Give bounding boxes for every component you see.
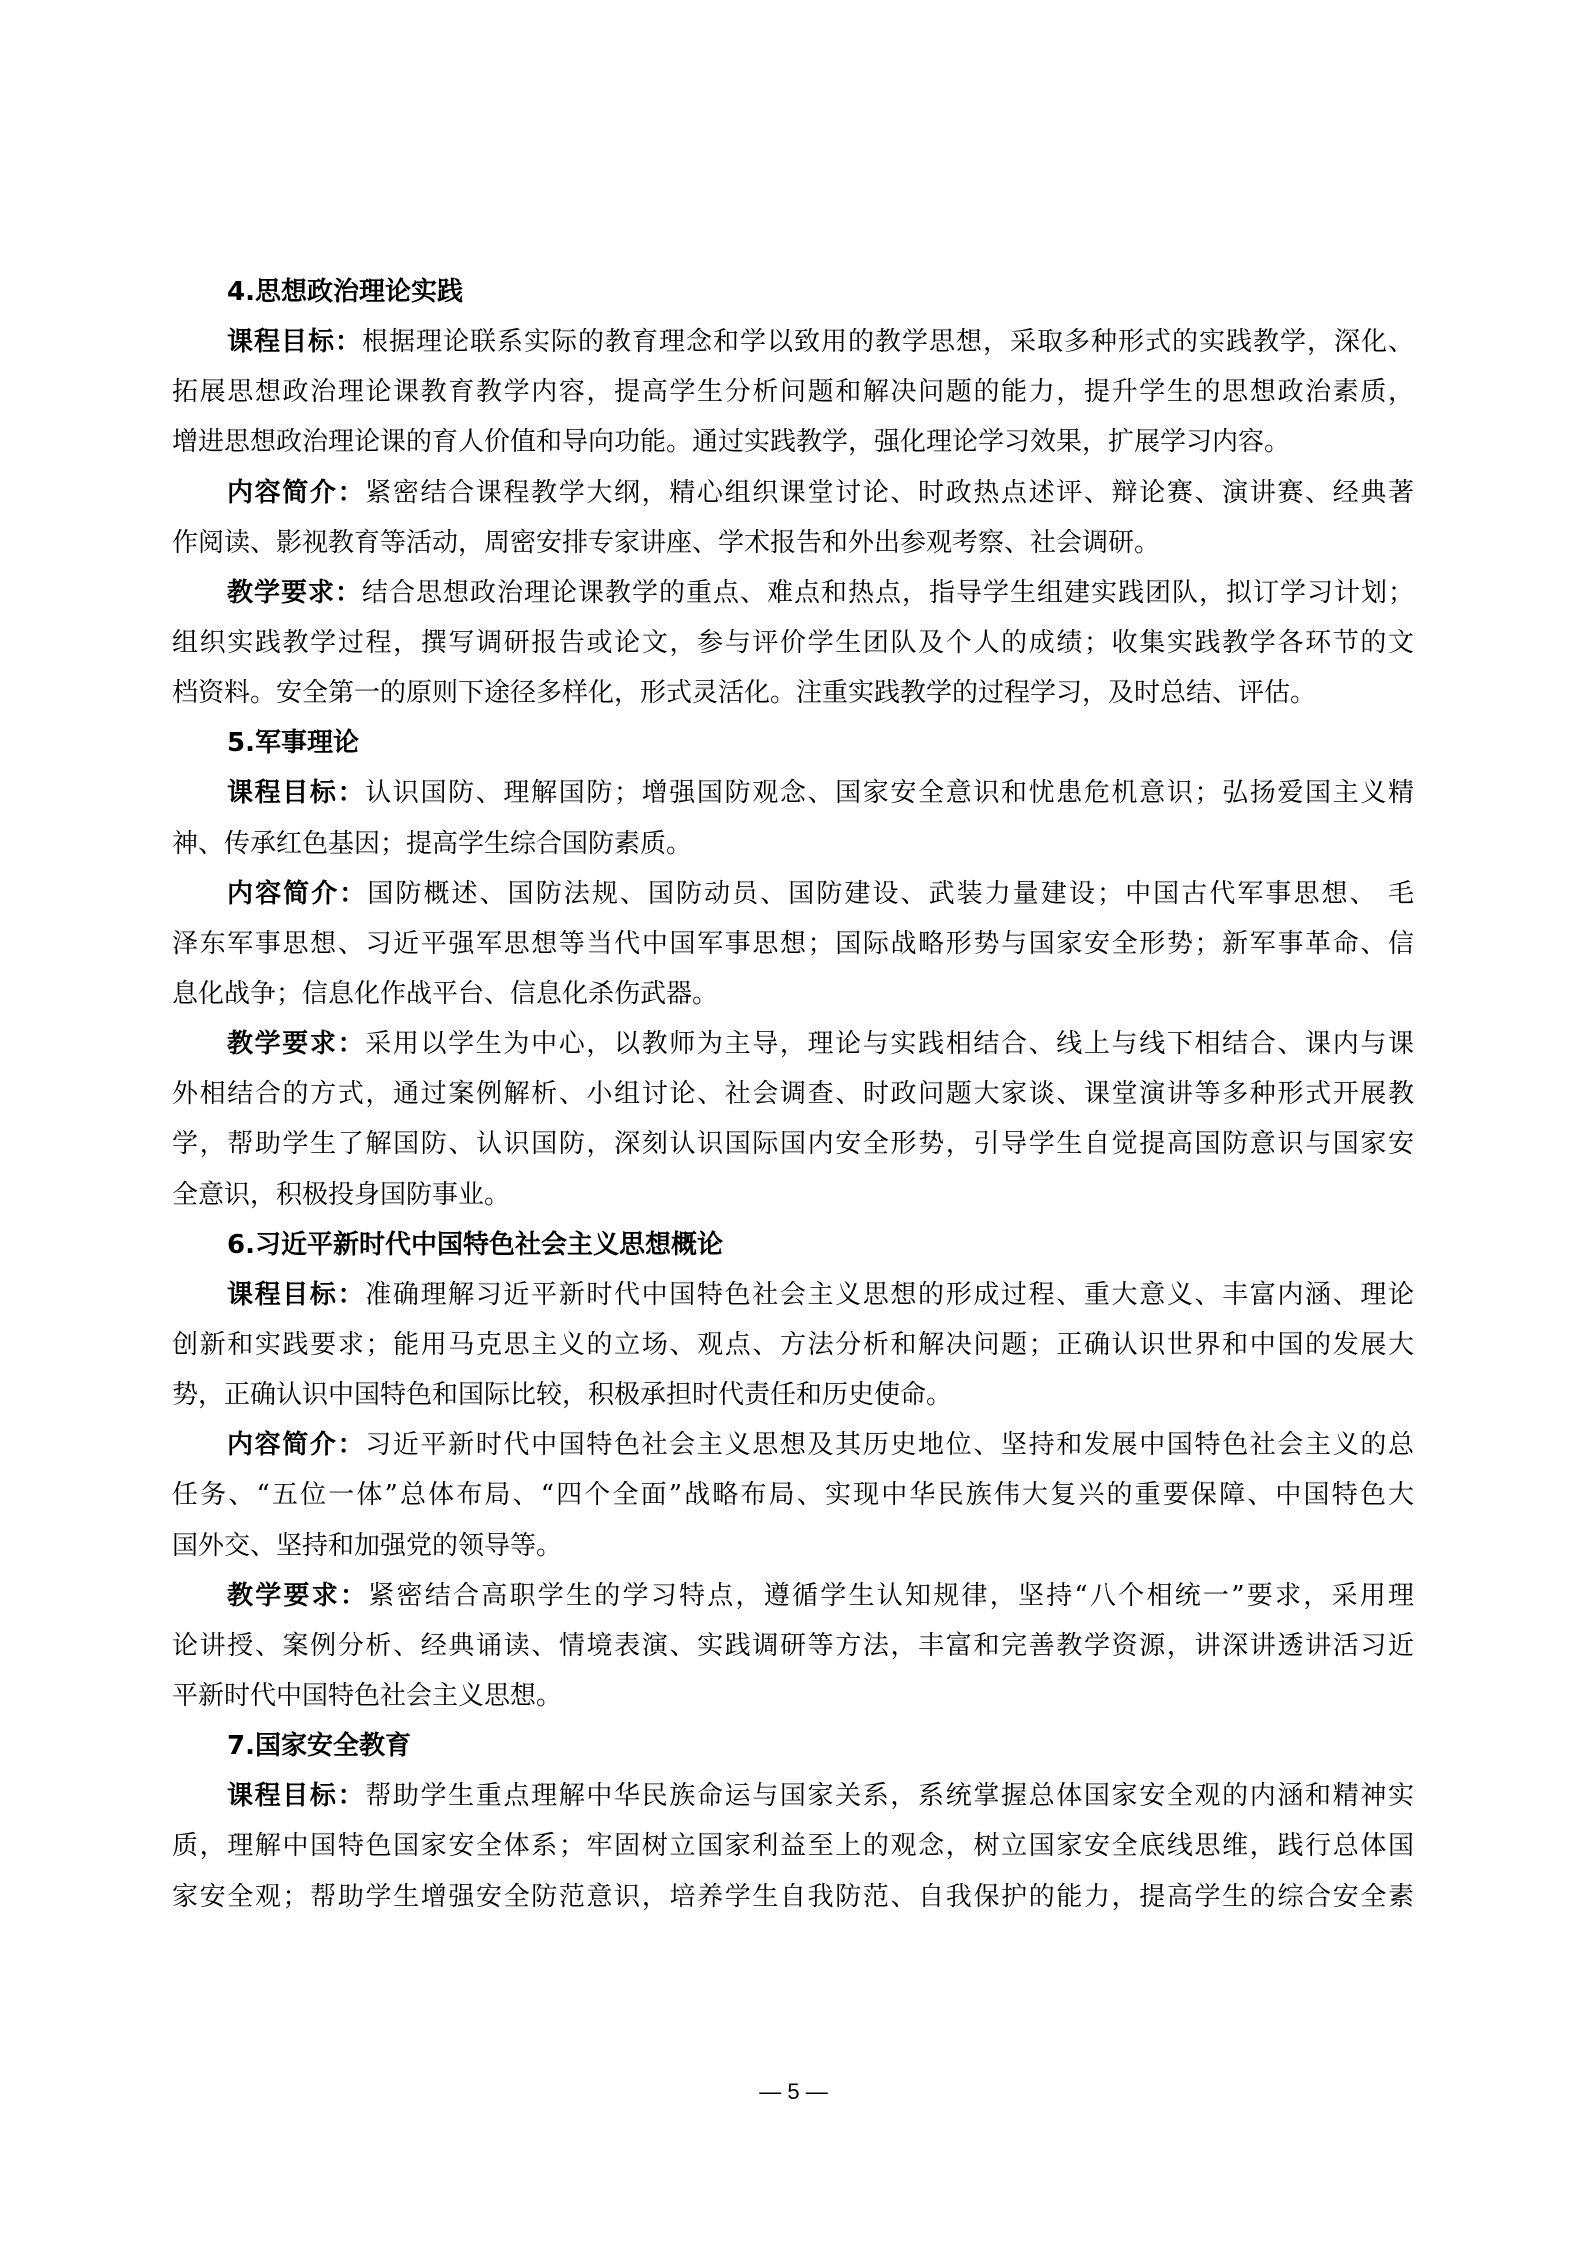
paragraph-text: 准确理解习近平新时代中国特色社会主义思想的形成过程、重大意义、丰富内涵、理论 [365, 1280, 1414, 1310]
page-content: 4.思想政治理论实践 课程目标：根据理论联系实际的教育理念和学以致用的教学思想，… [172, 267, 1414, 1922]
section-heading: 5.军事理论 [172, 718, 1414, 768]
paragraph-text: 质，理解中国特色国家安全体系；牢固树立国家利益至上的观念，树立国家安全底线思维，… [172, 1821, 1414, 1871]
section-ideological-practice: 4.思想政治理论实践 课程目标：根据理论联系实际的教育理念和学以致用的教学思想，… [172, 267, 1414, 718]
paragraph-label: 内容简介： [227, 879, 367, 909]
paragraph-text: 帮助学生重点理解中华民族命运与国家关系，系统掌握总体国家安全观的内涵和精神实 [365, 1781, 1414, 1811]
paragraph-content-intro: 内容简介：国防概述、国防法规、国防动员、国防建设、武装力量建设；中国古代军事思想… [172, 869, 1414, 1019]
paragraph-text: 国防概述、国防法规、国防动员、国防建设、武装力量建设；中国古代军事思想、 毛 [367, 879, 1414, 909]
paragraph-text: 根据理论联系实际的教育理念和学以致用的教学思想，采取多种形式的实践教学，深化、 [362, 327, 1414, 357]
section-heading: 4.思想政治理论实践 [172, 267, 1414, 317]
paragraph-text: 作阅读、影视教育等活动，周密安排专家讲座、学术报告和外出参观考察、社会调研。 [172, 518, 1414, 568]
paragraph-text: 论讲授、案例分析、经典诵读、情境表演、实践调研等方法，丰富和完善教学资源，讲深讲… [172, 1621, 1414, 1671]
paragraph-text: 认识国防、理解国防；增强国防观念、国家安全意识和忧患危机意识；弘扬爱国主义精 [365, 778, 1414, 808]
paragraph-course-objective: 课程目标：根据理论联系实际的教育理念和学以致用的教学思想，采取多种形式的实践教学… [172, 317, 1414, 467]
section-xi-thought-intro: 6.习近平新时代中国特色社会主义思想概论 课程目标：准确理解习近平新时代中国特色… [172, 1220, 1414, 1721]
paragraph-text: 采用以学生为中心，以教师为主导，理论与实践相结合、线上与线下相结合、课内与课 [365, 1029, 1414, 1059]
paragraph-text: 泽东军事思想、习近平强军思想等当代中国军事思想；国际战略形势与国家安全形势；新军… [172, 919, 1414, 969]
paragraph-text: 学，帮助学生了解国防、认识国防，深刻认识国际国内安全形势，引导学生自觉提高国防意… [172, 1119, 1414, 1169]
paragraph-teaching-requirements: 教学要求：紧密结合高职学生的学习特点，遵循学生认知规律，坚持“八个相统一”要求，… [172, 1571, 1414, 1721]
paragraph-course-objective: 课程目标：认识国防、理解国防；增强国防观念、国家安全意识和忧患危机意识；弘扬爱国… [172, 768, 1414, 868]
paragraph-course-objective: 课程目标：准确理解习近平新时代中国特色社会主义思想的形成过程、重大意义、丰富内涵… [172, 1270, 1414, 1420]
section-national-security: 7.国家安全教育 课程目标：帮助学生重点理解中华民族命运与国家关系，系统掌握总体… [172, 1721, 1414, 1922]
paragraph-label: 教学要求： [227, 1029, 365, 1059]
document-page: 4.思想政治理论实践 课程目标：根据理论联系实际的教育理念和学以致用的教学思想，… [0, 0, 1587, 2245]
paragraph-text: 势，正确认识中国特色和国际比较，积极承担时代责任和历史使命。 [172, 1370, 1414, 1420]
paragraph-text: 息化战争；信息化作战平台、信息化杀伤武器。 [172, 969, 1414, 1019]
paragraph-label: 内容简介： [227, 478, 365, 508]
paragraph-text: 外相结合的方式，通过案例解析、小组讨论、社会调查、时政问题大家谈、课堂演讲等多种… [172, 1069, 1414, 1119]
paragraph-label: 课程目标： [227, 1280, 365, 1310]
paragraph-text: 增进思想政治理论课的育人价值和导向功能。通过实践教学，强化理论学习效果，扩展学习… [172, 417, 1414, 467]
paragraph-label: 教学要求： [227, 1581, 368, 1611]
paragraph-text: 紧密结合课程教学大纲，精心组织课堂讨论、时政热点述评、辩论赛、演讲赛、经典著 [365, 478, 1414, 508]
paragraph-label: 课程目标： [227, 1781, 365, 1811]
section-military-theory: 5.军事理论 课程目标：认识国防、理解国防；增强国防观念、国家安全意识和忧患危机… [172, 718, 1414, 1219]
paragraph-text: 全意识，积极投身国防事业。 [172, 1170, 1414, 1220]
paragraph-label: 课程目标： [227, 327, 362, 357]
paragraph-text: 结合思想政治理论课教学的重点、难点和热点，指导学生组建实践团队，拟订学习计划； [362, 578, 1414, 608]
paragraph-text: 习近平新时代中国特色社会主义思想及其历史地位、坚持和发展中国特色社会主义的总 [365, 1430, 1414, 1460]
paragraph-text: 紧密结合高职学生的学习特点，遵循学生认知规律，坚持“八个相统一”要求，采用理 [368, 1581, 1414, 1611]
paragraph-text: 任务、“五位一体”总体布局、“四个全面”战略布局、实现中华民族伟大复兴的重要保障… [172, 1470, 1414, 1520]
section-heading: 7.国家安全教育 [172, 1721, 1414, 1771]
paragraph-label: 内容简介： [227, 1430, 365, 1460]
paragraph-content-intro: 内容简介：习近平新时代中国特色社会主义思想及其历史地位、坚持和发展中国特色社会主… [172, 1420, 1414, 1570]
paragraph-teaching-requirements: 教学要求：采用以学生为中心，以教师为主导，理论与实践相结合、线上与线下相结合、课… [172, 1019, 1414, 1220]
paragraph-text: 拓展思想政治理论课教育教学内容，提高学生分析问题和解决问题的能力，提升学生的思想… [172, 367, 1414, 417]
paragraph-text: 组织实践教学过程，撰写调研报告或论文，参与评价学生团队及个人的成绩；收集实践教学… [172, 618, 1414, 668]
paragraph-text: 平新时代中国特色社会主义思想。 [172, 1671, 1414, 1721]
paragraph-text: 神、传承红色基因；提高学生综合国防素质。 [172, 819, 1414, 869]
page-number: — 5 — [0, 2078, 1587, 2106]
paragraph-text: 国外交、坚持和加强党的领导等。 [172, 1521, 1414, 1571]
paragraph-label: 课程目标： [227, 778, 365, 808]
paragraph-teaching-requirements: 教学要求：结合思想政治理论课教学的重点、难点和热点，指导学生组建实践团队，拟订学… [172, 568, 1414, 718]
paragraph-content-intro: 内容简介：紧密结合课程教学大纲，精心组织课堂讨论、时政热点述评、辩论赛、演讲赛、… [172, 468, 1414, 568]
paragraph-text: 家安全观；帮助学生增强安全防范意识，培养学生自我防范、自我保护的能力，提高学生的… [172, 1872, 1414, 1922]
paragraph-label: 教学要求： [227, 578, 362, 608]
paragraph-text: 档资料。安全第一的原则下途径多样化，形式灵活化。注重实践教学的过程学习，及时总结… [172, 668, 1414, 718]
paragraph-text: 创新和实践要求；能用马克思主义的立场、观点、方法分析和解决问题；正确认识世界和中… [172, 1320, 1414, 1370]
section-heading: 6.习近平新时代中国特色社会主义思想概论 [172, 1220, 1414, 1270]
paragraph-course-objective: 课程目标：帮助学生重点理解中华民族命运与国家关系，系统掌握总体国家安全观的内涵和… [172, 1771, 1414, 1921]
